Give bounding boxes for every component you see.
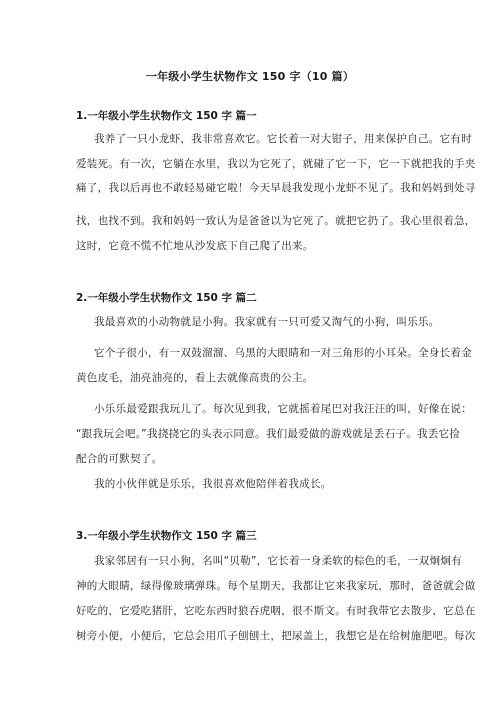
page-title: 一年级小学生状物作文 150 字（10 篇）: [0, 68, 500, 84]
paragraph-line: 找，也找不到。我和妈妈一致认为是爸爸以为它死了。就把它扔了。我心里很着急，: [76, 213, 476, 228]
paragraph-line: 这时，它竟不慌不忙地从沙发底下自己爬了出来。: [76, 238, 314, 253]
paragraph-line: 我最喜欢的小动物就是小狗。我家就有一只可爱又淘气的小狗，叫乐乐。: [94, 314, 440, 329]
section-3-heading: 3.一年级小学生状物作文 150 字 篇三: [76, 528, 257, 543]
paragraph-line: 我的小伙伴就是乐乐，我很喜欢他陪伴着我成长。: [94, 476, 332, 491]
paragraph-line: 好吃的，它爱吃猪肝，它吃东西时狼吞虎咽，很不斯文。有时我带它去散步，它总在: [76, 603, 476, 618]
paragraph-line: 黄色皮毛，油亮油亮的，看上去就像高贵的公主。: [76, 370, 314, 385]
paragraph-line: 我养了一只小龙虾，我非常喜欢它。它长着一对大钳子，用来保护自己。它有时: [94, 131, 472, 146]
section-2-heading: 2.一年级小学生状物作文 150 字 篇二: [76, 290, 257, 305]
paragraph-line: 小乐乐最爱跟我玩儿了。每次见到我，它就摇着尾巴对我汪汪的叫，好像在说：: [94, 401, 472, 416]
paragraph-line: 痛了，我以后再也不敢轻易碰它啦！今天早晨我发现小龙虾不见了。我和妈妈到处寻: [76, 180, 476, 195]
paragraph-line: 配合的可默契了。: [76, 451, 162, 466]
paragraph-line: 树旁小便，小便后，它总会用爪子刨刨土，把尿盖上，我想它是在给树施肥吧。每次: [76, 628, 476, 643]
paragraph-line: 神的大眼睛，绿得像玻璃弹珠。每个星期天，我都让它来我家玩，那时，爸爸就会做: [76, 578, 476, 593]
paragraph-line: 它个子很小，有一双鼓溜溜、乌黑的大眼睛和一对三角形的小耳朵。全身长着金: [94, 345, 472, 360]
section-1-heading: 1.一年级小学生状物作文 150 字 篇一: [76, 108, 257, 123]
paragraph-line: “跟我玩会吧。”我挠挠它的头表示同意。我们最爱做的游戏就是丢石子。我丢它捡: [76, 426, 460, 441]
paragraph-line: 爱装死。有一次，它躺在水里，我以为它死了，就碰了它一下，它一下就把我的手夹: [76, 156, 476, 171]
paragraph-line: 我家邻居有一只小狗，名叫“贝勒”，它长着一身柔软的棕色的毛，一双炯炯有: [94, 553, 462, 568]
